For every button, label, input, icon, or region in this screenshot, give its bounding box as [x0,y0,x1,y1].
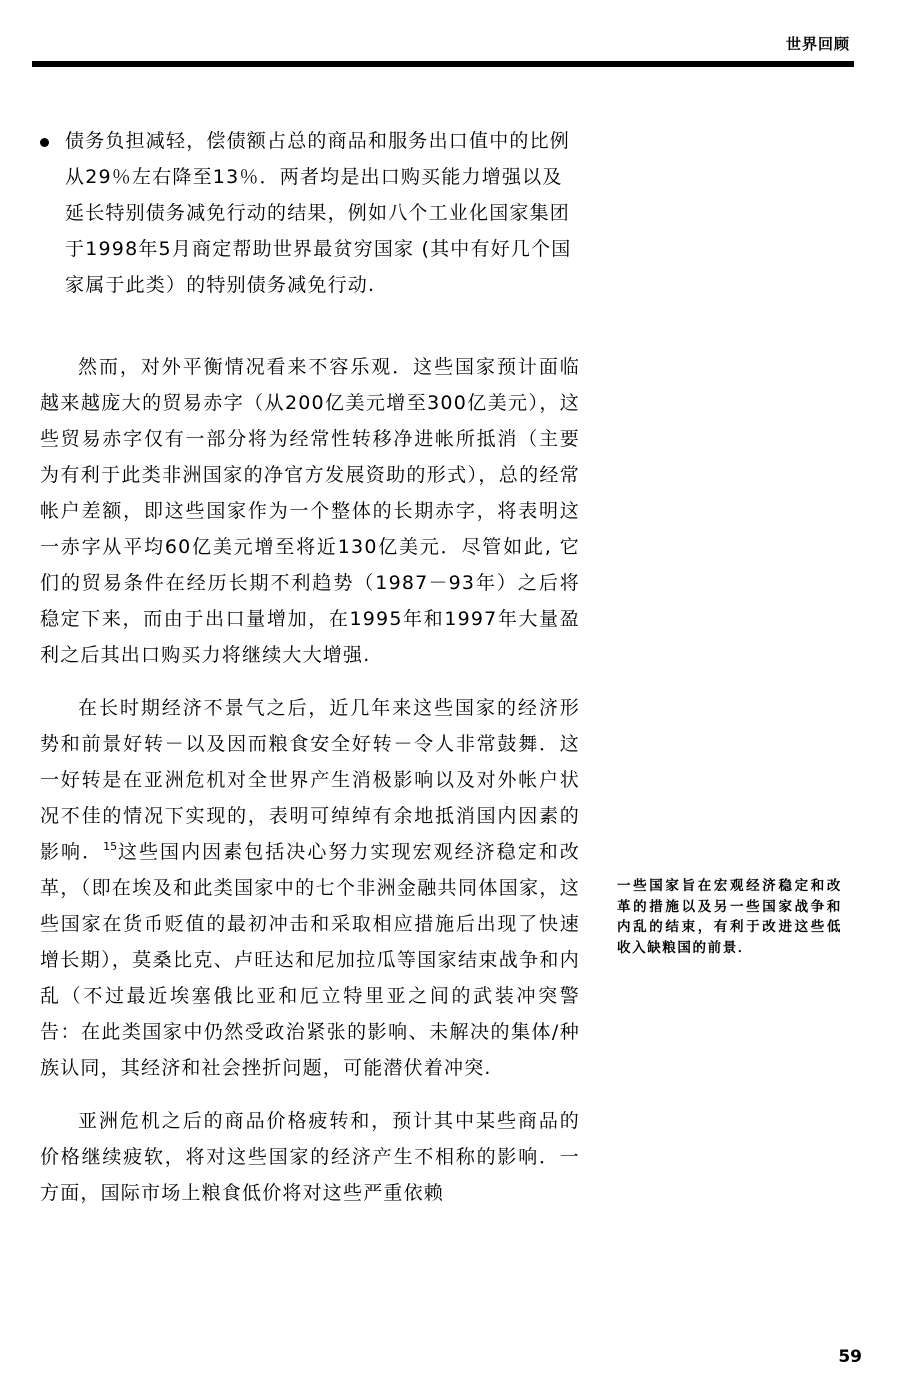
paragraph-text-before-footnote: 在长时期经济不景气之后，近几年来这些国家的经济形势和前景好转－以及因而粮食安全好… [40,697,580,863]
bullet-text: 债务负担减轻，偿债额占总的商品和服务出口值中的比例从29％左右降至13％．两者均… [65,123,580,303]
paragraph-external-balance: 然而，对外平衡情况看来不容乐观．这些国家预计面临越来越庞大的贸易赤字（从200亿… [40,349,580,673]
bullet-icon [40,138,49,147]
margin-sidenote: 一些国家旨在宏观经济稳定和改革的措施以及另一些国家战争和内乱的结束，有利于改进这… [617,876,842,958]
header-rule [32,61,854,67]
paragraph-economic-improvement: 在长时期经济不景气之后，近几年来这些国家的经济形势和前景好转－以及因而粮食安全好… [40,690,580,1086]
footnote-marker[interactable]: 15 [103,840,117,853]
running-head-title: 世界回顾 [786,33,850,54]
page-number: 59 [838,1347,862,1367]
paragraph-commodity-prices: 亚洲危机之后的商品价格疲转和，预计其中某些商品的价格继续疲软，将对这些国家的经济… [40,1103,580,1211]
paragraph-text-after-footnote: 这些国内因素包括决心努力实现宏观经济稳定和改革，（即在埃及和此类国家中的七个非洲… [40,841,580,1079]
main-text-column: 债务负担减轻，偿债额占总的商品和服务出口值中的比例从29％左右降至13％．两者均… [40,123,580,1228]
bullet-item: 债务负担减轻，偿债额占总的商品和服务出口值中的比例从29％左右降至13％．两者均… [40,123,580,303]
